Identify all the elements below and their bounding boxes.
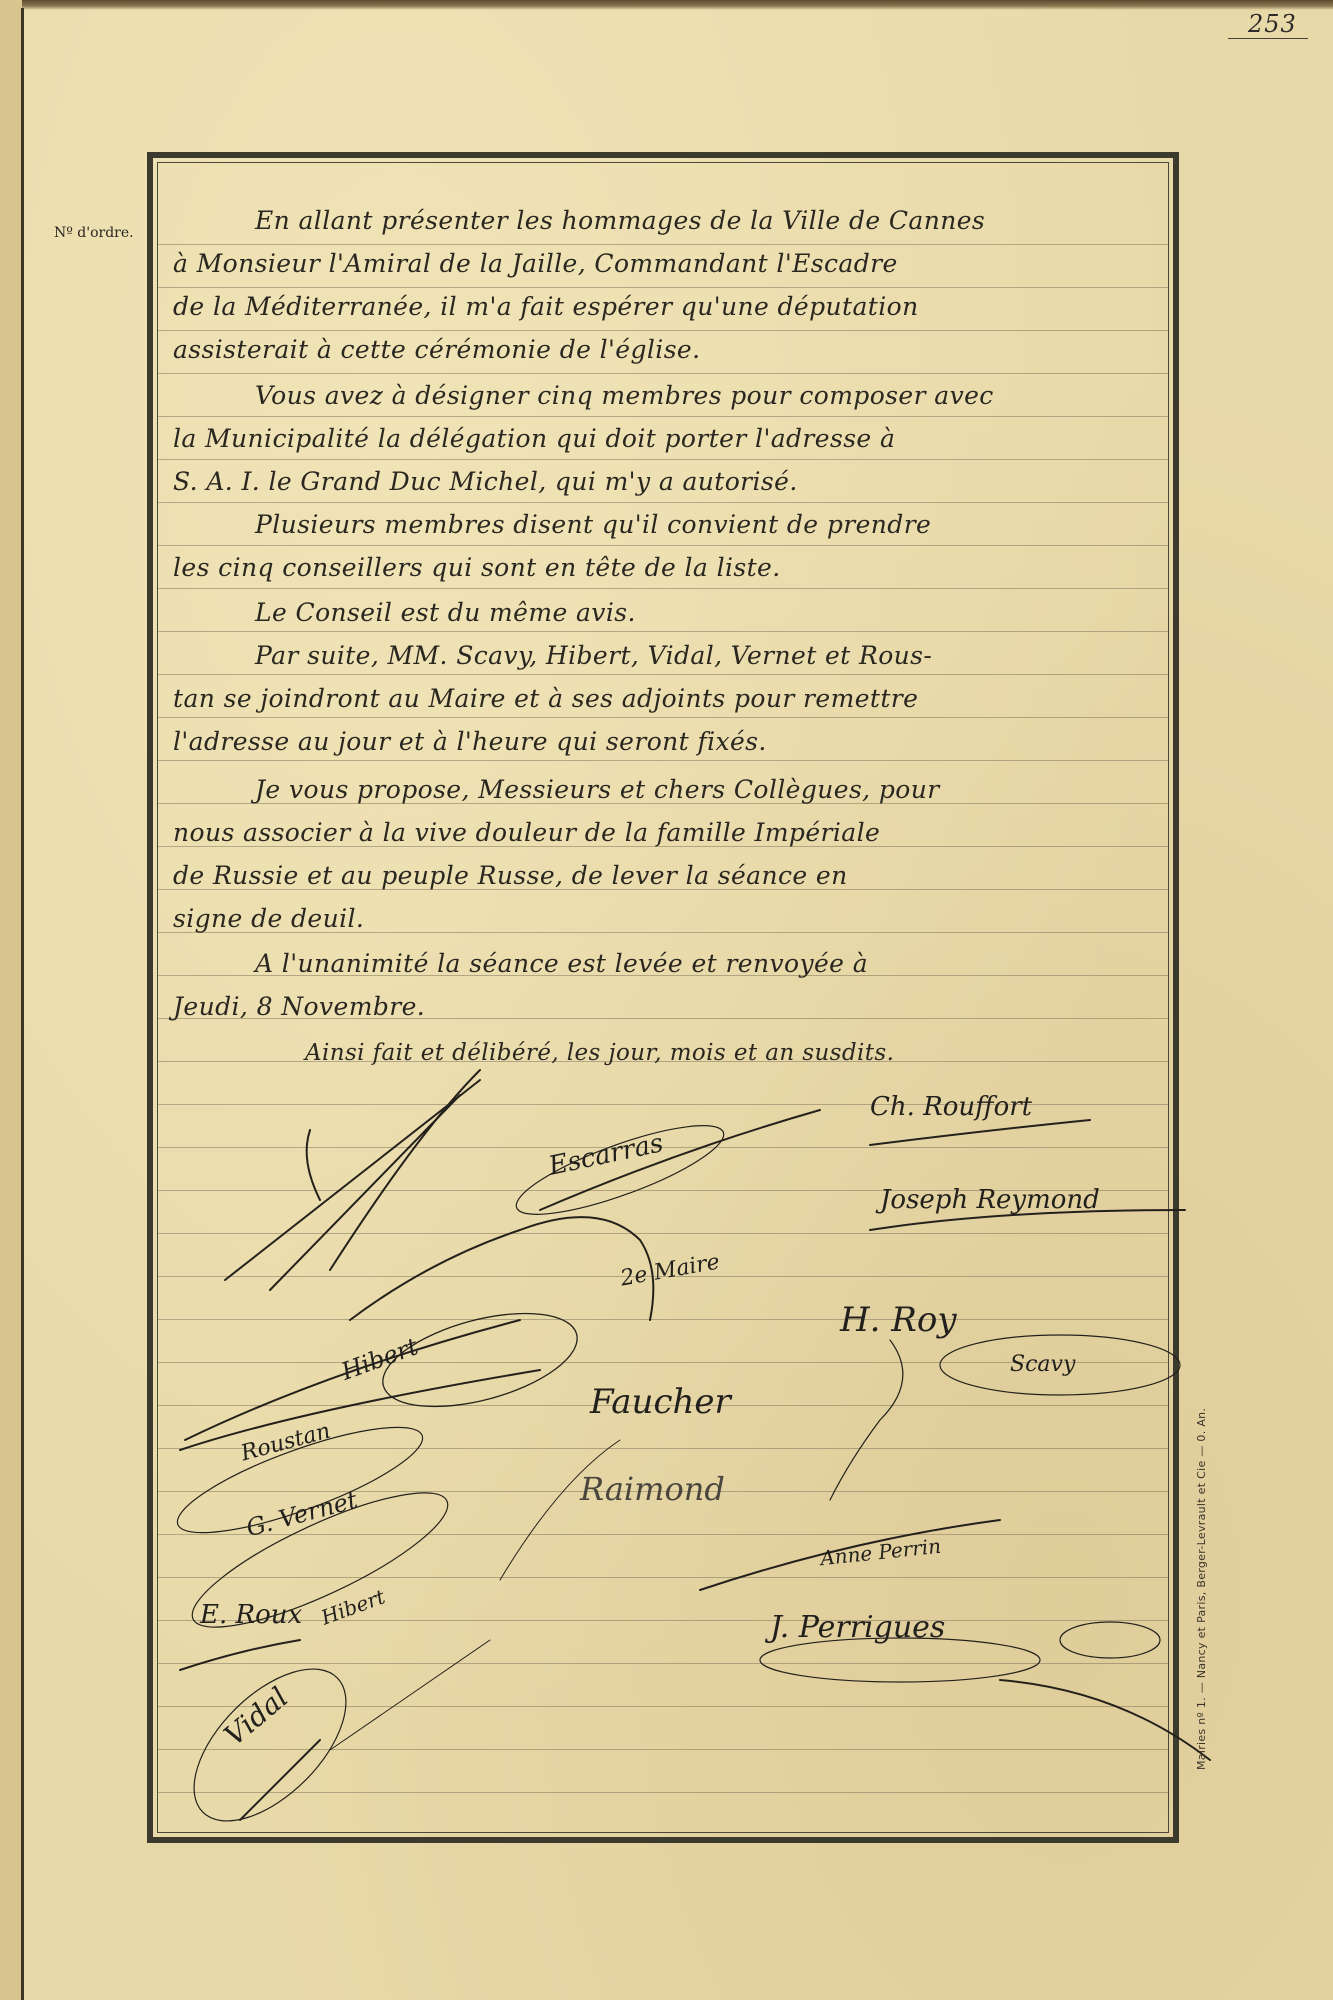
order-number-label: Nº d'ordre. xyxy=(54,225,134,241)
ruled-line xyxy=(158,287,1168,288)
ruled-line xyxy=(158,1792,1168,1793)
body-line: Le Conseil est du même avis. xyxy=(255,598,636,627)
body-line: signe de deuil. xyxy=(173,904,364,933)
body-line: A l'unanimité la séance est levée et ren… xyxy=(255,949,868,978)
signature: H. Roy xyxy=(840,1300,957,1340)
ruled-line xyxy=(158,1577,1168,1578)
body-line: S. A. I. le Grand Duc Michel, qui m'y a … xyxy=(173,467,798,496)
ruled-line xyxy=(158,588,1168,589)
signature: E. Roux xyxy=(200,1600,302,1630)
signature: J. Perrigues xyxy=(770,1610,945,1645)
previous-page-edge xyxy=(0,0,22,2000)
ruled-line xyxy=(158,674,1168,675)
body-line: nous associer à la vive douleur de la fa… xyxy=(173,818,880,847)
body-line: tan se joindront au Maire et à ses adjoi… xyxy=(173,684,918,713)
ruled-line xyxy=(158,459,1168,460)
closing-formula: Ainsi fait et délibéré, les jour, mois e… xyxy=(305,1040,894,1066)
signature: Ch. Rouffort xyxy=(870,1092,1032,1122)
page-top-edge xyxy=(0,0,1333,10)
body-line: la Municipalité la délégation qui doit p… xyxy=(173,424,895,453)
body-line: Par suite, MM. Scavy, Hibert, Vidal, Ver… xyxy=(255,641,932,670)
signature: Joseph Reymond xyxy=(880,1185,1100,1215)
ruled-line xyxy=(158,1663,1168,1664)
ruled-line xyxy=(158,502,1168,503)
body-line: Je vous propose, Messieurs et chers Coll… xyxy=(255,775,940,804)
body-line: En allant présenter les hommages de la V… xyxy=(255,206,985,235)
ruled-line xyxy=(158,631,1168,632)
signature: Faucher xyxy=(590,1382,731,1422)
ruled-line xyxy=(158,1233,1168,1234)
signature: Scavy xyxy=(1010,1352,1075,1377)
ruled-line xyxy=(158,717,1168,718)
ruled-line xyxy=(158,330,1168,331)
page-number-underline xyxy=(1228,38,1308,39)
ruled-line xyxy=(158,545,1168,546)
body-line: Jeudi, 8 Novembre. xyxy=(173,992,425,1021)
ruled-line xyxy=(158,373,1168,374)
body-line: de Russie et au peuple Russe, de lever l… xyxy=(173,861,848,890)
body-line: Vous avez à désigner cinq membres pour c… xyxy=(255,381,994,410)
body-line: les cinq conseillers qui sont en tête de… xyxy=(173,553,781,582)
body-line: de la Méditerranée, il m'a fait espérer … xyxy=(173,292,919,321)
ruled-line xyxy=(158,760,1168,761)
printer-imprint: Mairies nº 1. — Nancy et Paris, Berger-L… xyxy=(1195,1408,1208,1770)
body-line: assisterait à cette cérémonie de l'églis… xyxy=(173,335,700,364)
ruled-line xyxy=(158,1620,1168,1621)
body-line: Plusieurs membres disent qu'il convient … xyxy=(255,510,931,539)
ruled-line xyxy=(158,244,1168,245)
ruled-line xyxy=(158,1706,1168,1707)
ruled-line xyxy=(158,1534,1168,1535)
signature: Raimond xyxy=(580,1470,725,1508)
ruled-line xyxy=(158,1749,1168,1750)
page-number: 253 xyxy=(1248,10,1297,38)
body-line: l'adresse au jour et à l'heure qui seron… xyxy=(173,727,767,756)
ruled-line xyxy=(158,416,1168,417)
ruled-line xyxy=(158,1319,1168,1320)
binding-gutter xyxy=(21,8,24,2000)
body-line: à Monsieur l'Amiral de la Jaille, Comman… xyxy=(173,249,898,278)
